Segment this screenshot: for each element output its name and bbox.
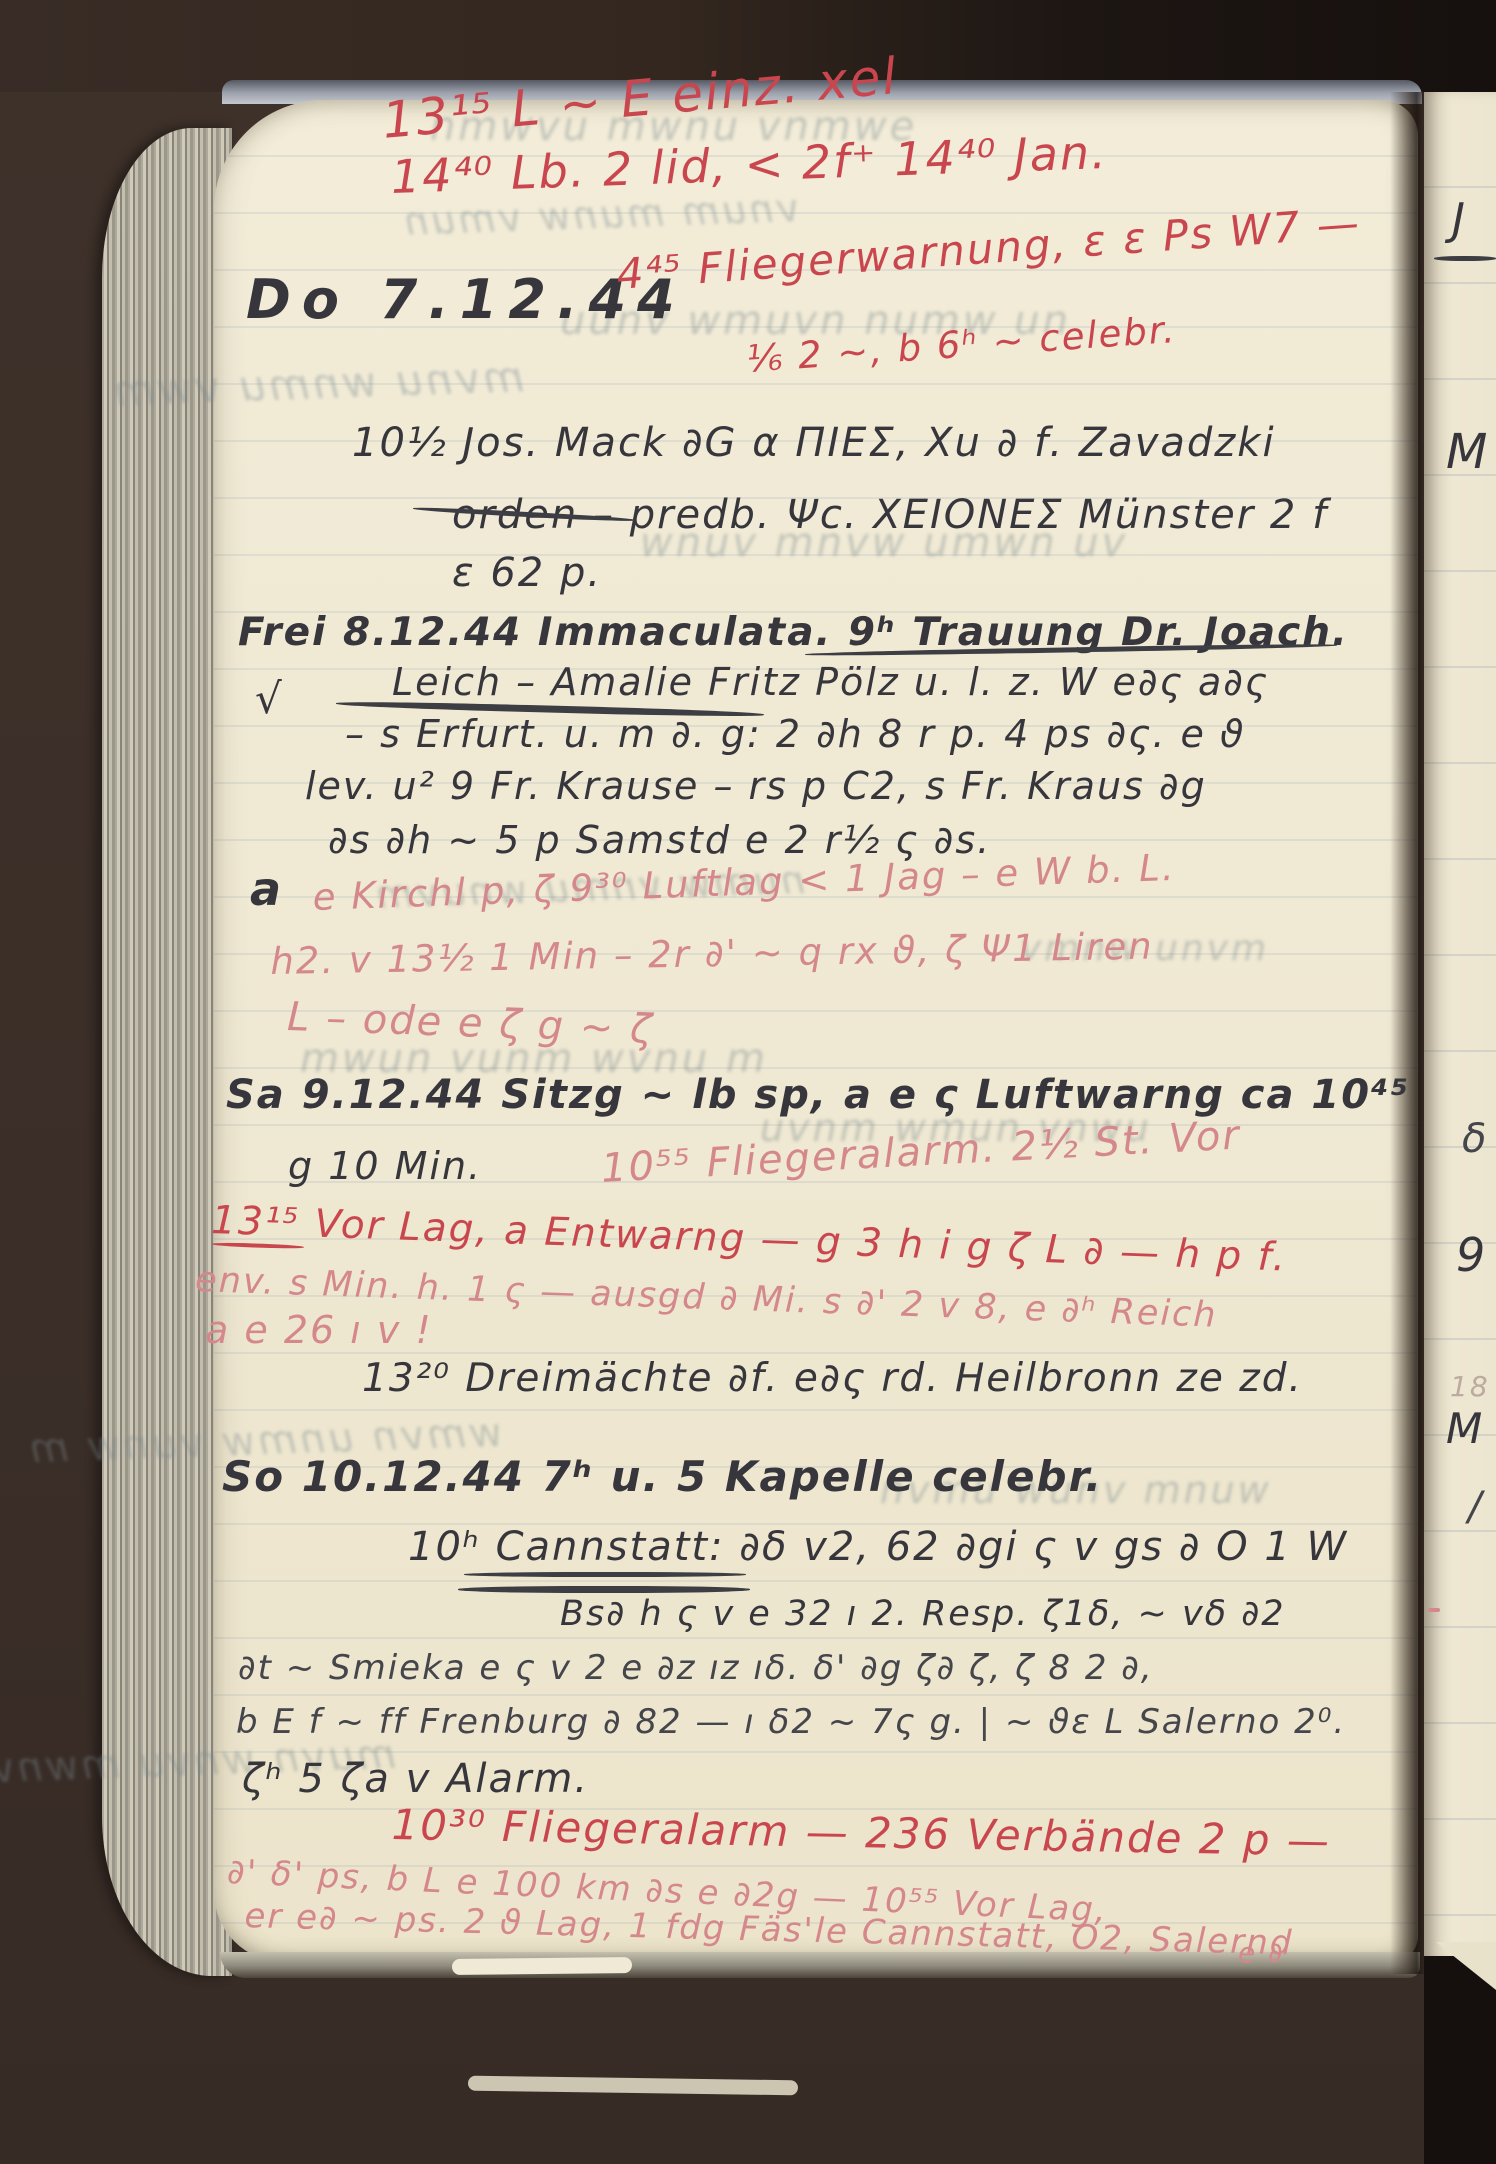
margin-letter-a: a — [250, 862, 283, 916]
underline-cannstatt-2 — [458, 1586, 750, 1593]
diary-line: Bs∂ h ς v e 32 ı 2. Resp. ζ1δ, ~ vδ ∂2 — [560, 1594, 1286, 1634]
facing-page-fragment: δ — [1462, 1116, 1488, 1162]
entry-date-so-10-12-44: So 10.12.44 7ʰ u. 5 Kapelle celebr. — [222, 1452, 1103, 1501]
facing-page-fragment-faded: 18 — [1450, 1370, 1490, 1403]
underline-cannstatt — [464, 1572, 746, 1577]
book-gutter — [1390, 92, 1428, 1974]
spine-shadow — [1424, 1956, 1496, 2164]
diary-line: ∂t ~ Smieka e ς v 2 e ∂z ız ıδ. δ' ∂g ζ∂… — [238, 1648, 1154, 1688]
diary-line: ε 62 p. — [452, 550, 602, 596]
notebook-scan: nmwvu mwnu vnmwe vnum munw vmun uunv wmu… — [0, 0, 1496, 2164]
diary-line: 10ʰ Cannstatt: ∂δ v2, 62 ∂gi ς v gs ∂ O … — [408, 1524, 1348, 1570]
facing-page-fragment: J — [1452, 194, 1467, 245]
diary-line: Leich – Amalie Fritz Pölz u. l. z. W e∂ς… — [392, 660, 1269, 704]
red-ink-tick — [1428, 1608, 1440, 1612]
entry-date-sa-9-12-44: Sa 9.12.44 Sitzg ~ lb sp, a e ς Luftwarn… — [226, 1072, 1410, 1118]
diary-line: ζʰ 5 ζa v Alarm. — [242, 1756, 589, 1802]
facing-page-sliver — [1424, 92, 1496, 1960]
diary-line: 13²⁰ Dreimächte ∂f. e∂ς rd. Heilbronn ze… — [362, 1356, 1303, 1401]
facing-page-fragment: 9 — [1456, 1228, 1487, 1282]
diary-line: lev. u² 9 Fr. Krause – rs p C2, s Fr. Kr… — [305, 764, 1207, 808]
paper-notch — [452, 1957, 632, 1975]
diary-line: 10½ Jos. Mack ∂G α ΠΙΕΣ, Χu ∂ f. Zavadzk… — [352, 420, 1276, 466]
diary-line: – s Erfurt. u. m ∂. g: 2 ∂h 8 r p. 4 ps … — [345, 712, 1246, 756]
check-mark: √ — [255, 674, 284, 723]
facing-page-fragment: M — [1446, 1404, 1484, 1453]
facing-page-fragment: / — [1468, 1484, 1483, 1530]
diary-line: b E f ~ ff Frenburg ∂ 82 — ı δ2 ~ 7ς g. … — [236, 1702, 1346, 1742]
diary-line-red-faded: e ∂ — [1238, 1936, 1285, 1969]
diary-line: g 10 Min. — [288, 1144, 482, 1188]
diary-line-red-faded: a e 26 ı v ! — [205, 1308, 433, 1352]
paper-edge-highlight — [468, 2076, 798, 2096]
facing-page-fragment: M — [1446, 424, 1489, 480]
facing-page-underline — [1434, 256, 1496, 261]
